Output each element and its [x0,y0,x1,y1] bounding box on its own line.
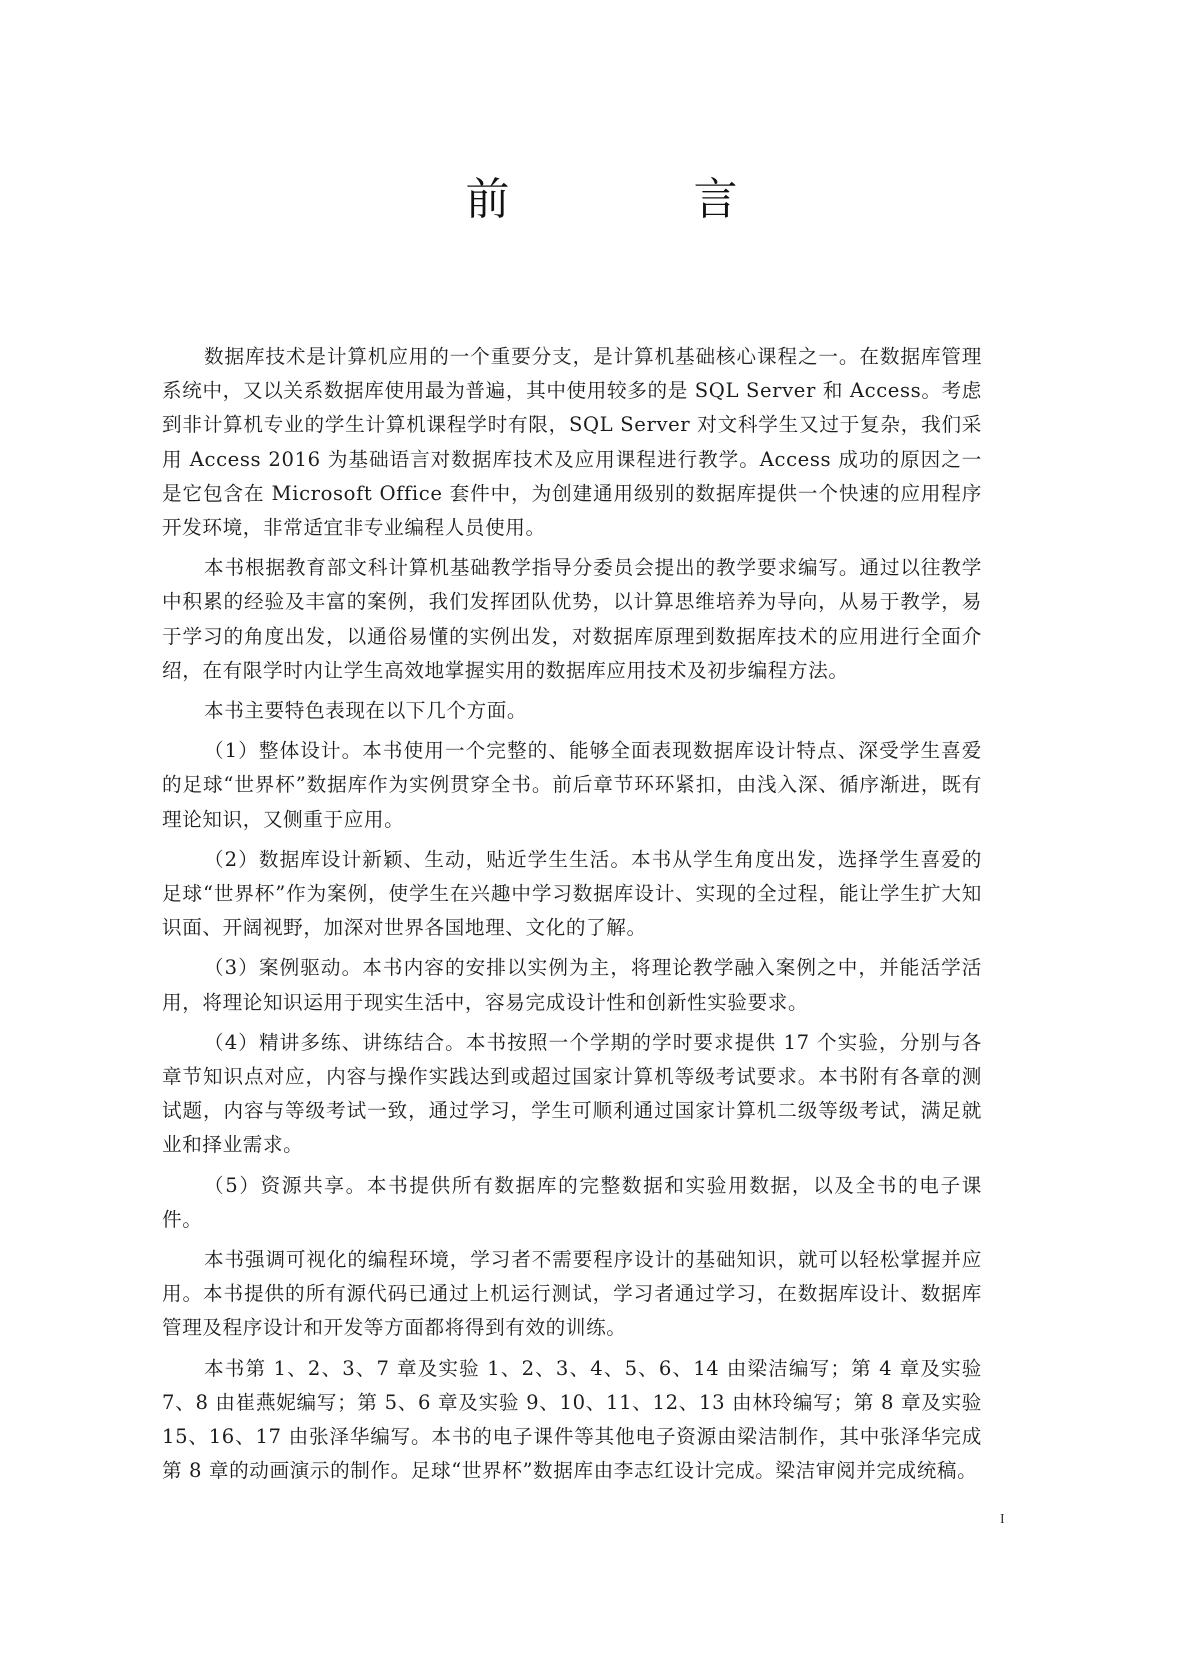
paragraph-authors: 本书第 1、2、3、7 章及实验 1、2、3、4、5、6、14 由梁洁编写；第 … [162,1352,982,1489]
paragraph-intro: 数据库技术是计算机应用的一个重要分支，是计算机基础核心课程之一。在数据库管理系统… [162,340,982,545]
page-title: 前 言 [0,170,1203,230]
paragraph-feature-5: （5）资源共享。本书提供所有数据库的完整数据和实验用数据，以及全书的电子课件。 [162,1169,982,1237]
paragraph-feature-1: （1）整体设计。本书使用一个完整的、能够全面表现数据库设计特点、深受学生喜爱的足… [162,734,982,837]
preface-body: 数据库技术是计算机应用的一个重要分支，是计算机基础核心课程之一。在数据库管理系统… [162,340,982,1495]
page-number: I [1000,1512,1005,1528]
paragraph-feature-4: （4）精讲多练、讲练结合。本书按照一个学期的学时要求提供 17 个实验，分别与各… [162,1026,982,1163]
paragraph-feature-2: （2）数据库设计新颖、生动，贴近学生生活。本书从学生角度出发，选择学生喜爱的足球… [162,843,982,946]
paragraph-environment: 本书强调可视化的编程环境，学习者不需要程序设计的基础知识，就可以轻松掌握并应用。… [162,1243,982,1346]
paragraph-basis: 本书根据教育部文科计算机基础教学指导分委员会提出的教学要求编写。通过以往教学中积… [162,551,982,688]
paragraph-feature-3: （3）案例驱动。本书内容的安排以实例为主，将理论教学融入案例之中，并能活学活用，… [162,951,982,1019]
paragraph-features-intro: 本书主要特色表现在以下几个方面。 [162,694,982,728]
